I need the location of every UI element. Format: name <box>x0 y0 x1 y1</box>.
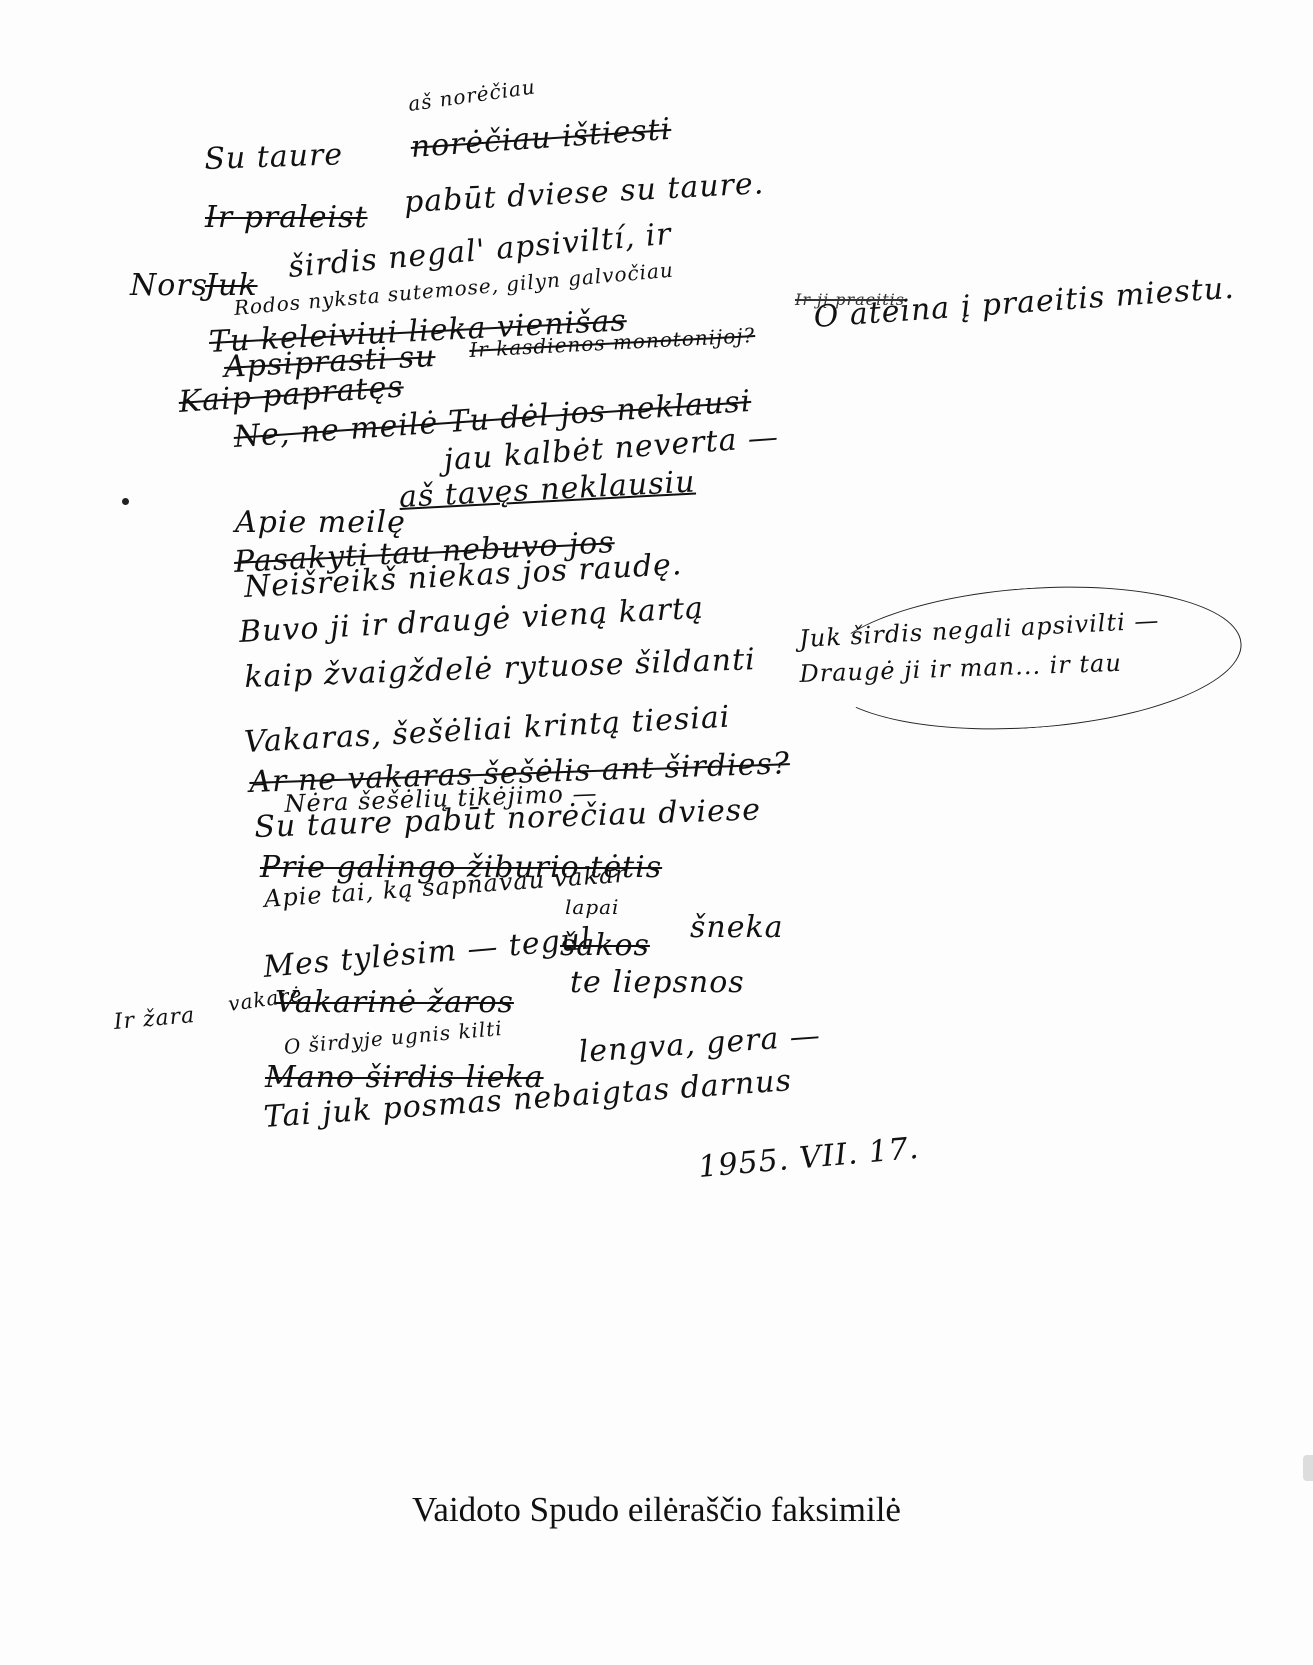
line-10-struck: aš tavęs neklausiu <box>398 465 696 515</box>
line-3-prefix: Nors <box>130 268 208 303</box>
manuscript-date: 1955. VII. 17. <box>697 1131 921 1185</box>
facsimile-caption: Vaidoto Spudo eilėraščio faksimilė <box>0 1490 1313 1530</box>
margin-right-line: O ateina į praeitis miestu. <box>813 271 1236 335</box>
line-2-struck: Ir praleist <box>205 200 368 235</box>
line-22-end: šneka <box>690 910 784 945</box>
line-22: Mes tylėsim — tegul <box>262 921 593 985</box>
insert-line-21: lapai <box>565 895 619 919</box>
ink-speck <box>122 498 129 505</box>
insert-line-24: O širdyje ugnis kilti <box>283 1016 504 1059</box>
line-1: Su taure <box>204 137 344 177</box>
line-1-struck: norėčiau ištiesti <box>410 112 673 165</box>
line-22-struck: šakos <box>560 928 650 963</box>
insert-above-line-1: aš norėčiau <box>407 74 537 116</box>
line-10: Apie meilę <box>235 505 406 540</box>
line-23-end: te liepsnos <box>570 965 745 1000</box>
manuscript-page: aš norėčiau Su taure norėčiau ištiesti I… <box>0 0 1313 1665</box>
line-2: pabūt dviese su taure. <box>403 166 765 220</box>
line-14: kaip žvaigždelė rytuose šildanti <box>244 642 756 695</box>
line-25-end: lengva, gera — <box>578 1018 822 1070</box>
line-23-struck: Vakarinė žaros <box>275 985 514 1020</box>
margin-left-line: Ir žara <box>113 1003 196 1035</box>
scan-artifact <box>1303 1455 1313 1481</box>
